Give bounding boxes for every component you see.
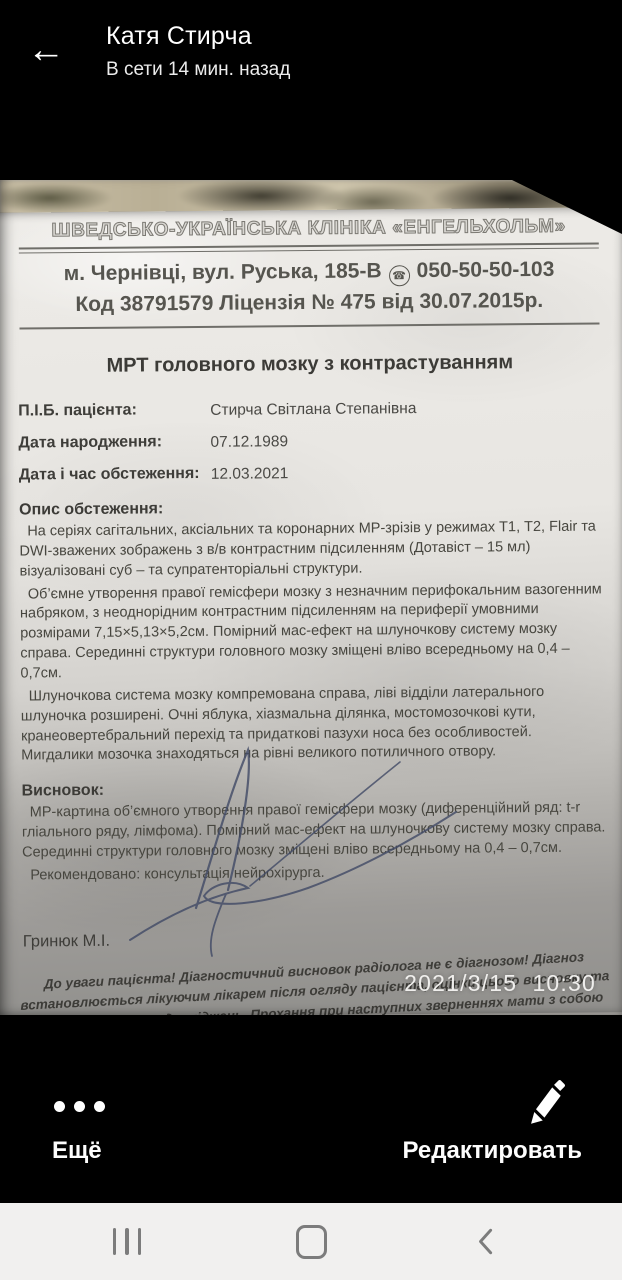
contact-info[interactable]: Катя Стирча В сети 14 мин. назад: [106, 22, 290, 81]
contact-status: В сети 14 мин. назад: [106, 59, 290, 81]
clinic-address: м. Чернівці, вул. Руська, 185-В☎050-50-5…: [17, 257, 601, 289]
clinic-name: ШВЕДСЬКО-УКРАЇНСЬКА КЛІНІКА «ЕНГЕЛЬХОЛЬМ…: [17, 215, 601, 242]
field-label: Дата народження:: [18, 433, 210, 454]
edit-label[interactable]: Редактировать: [403, 1137, 582, 1165]
more-dots-icon: [54, 1101, 65, 1112]
nav-back-icon: [477, 1228, 493, 1255]
field-row: П.І.Б. пацієнта: Стирча Світлана Степані…: [18, 397, 602, 421]
header-rule: [20, 322, 600, 329]
description-heading: Опис обстеження:: [19, 496, 603, 519]
field-label: П.І.Б. пацієнта:: [18, 401, 210, 422]
action-bar: Ещё Редактировать: [0, 1015, 622, 1203]
more-button[interactable]: [54, 1101, 105, 1112]
phone-icon: ☎: [389, 265, 410, 286]
recents-icon: [113, 1228, 142, 1255]
description-paragraph: На серіях сагітальних, аксіальних та кор…: [19, 517, 603, 582]
field-row: Дата і час обстеження: 12.03.2021: [19, 461, 603, 485]
contact-name: Катя Стирча: [106, 22, 290, 51]
field-value: Стирча Світлана Степанівна: [210, 399, 416, 420]
more-dots-icon: [94, 1101, 105, 1112]
header-rule-double: [19, 242, 599, 253]
field-row: Дата народження: 07.12.1989: [18, 429, 602, 453]
clinic-phone: 050-50-50-103: [416, 258, 554, 282]
patient-fields: П.І.Б. пацієнта: Стирча Світлана Степані…: [18, 397, 603, 485]
home-icon: [296, 1225, 327, 1259]
home-button[interactable]: [276, 1203, 346, 1280]
back-arrow-icon: ←: [27, 29, 65, 71]
field-value: 07.12.1989: [210, 432, 288, 452]
description-paragraph: Об’ємне утворення правої гемісфери мозку…: [20, 580, 605, 684]
field-value: 12.03.2021: [211, 464, 289, 484]
field-label: Дата і час обстеження:: [19, 465, 211, 486]
clinic-code-line: Код 38791579 Ліцензія № 475 від 30.07.20…: [17, 288, 601, 317]
nav-back-button[interactable]: [450, 1203, 520, 1280]
photo-image[interactable]: ШВЕДСЬКО-УКРАЇНСЬКА КЛІНІКА «ЕНГЕЛЬХОЛЬМ…: [0, 180, 622, 1015]
more-dots-icon: [74, 1101, 85, 1112]
photo-viewer-screen: ← Катя Стирча В сети 14 мин. назад ШВЕДС…: [0, 0, 622, 1280]
pencil-icon: [526, 1075, 566, 1127]
android-nav-bar: [0, 1203, 622, 1280]
photo-timestamp: 2021/3/15 10:30: [404, 970, 596, 997]
signature-ink: [100, 728, 470, 958]
address-text: м. Чернівці, вул. Руська, 185-В: [64, 259, 382, 285]
chat-header: ← Катя Стирча В сети 14 мин. назад: [0, 0, 622, 110]
edit-button[interactable]: [526, 1075, 566, 1127]
back-button[interactable]: ←: [20, 22, 72, 78]
document-title: МРТ головного мозку з контрастуванням: [18, 350, 602, 378]
recents-button[interactable]: [92, 1203, 162, 1280]
more-label[interactable]: Ещё: [52, 1137, 102, 1165]
